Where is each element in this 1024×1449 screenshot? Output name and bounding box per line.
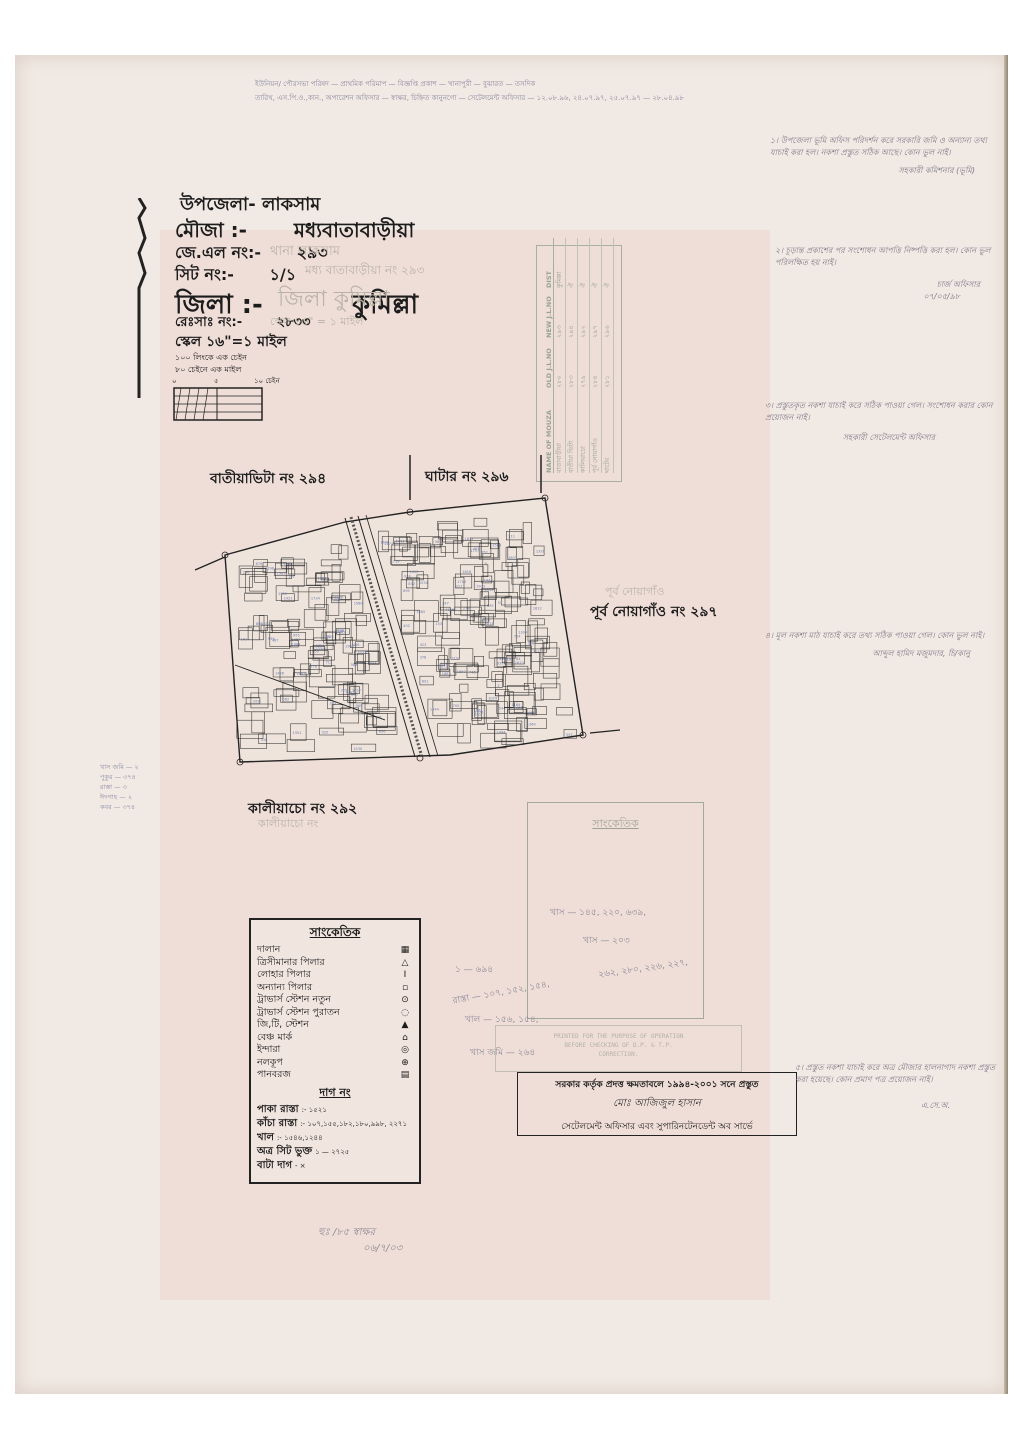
svg-text:1074: 1074 [488,697,498,701]
svg-text:1812: 1812 [261,622,270,626]
svg-text:1920: 1920 [335,630,344,634]
svg-text:352: 352 [481,550,488,554]
svg-text:665: 665 [529,711,536,715]
svg-text:1646: 1646 [380,541,389,545]
svg-text:689: 689 [516,706,523,710]
svg-text:1551: 1551 [293,731,302,735]
svg-text:1989: 1989 [277,571,286,575]
svg-text:696: 696 [379,730,386,734]
legend-label: নলকূপ [257,1057,283,1070]
svg-text:639: 639 [497,662,504,666]
dag-value: ১ — ২৭২৫ [315,1148,349,1156]
remark-sign: চার্জ অফিসার [775,279,1000,291]
dag-value: :- ১৫৪৬,১২৪৪ [277,1134,323,1142]
remark-text: ৩। প্রস্তুতকৃত নকশা যাচাই করে সঠিক পাওয়… [765,400,995,424]
svg-text:1288: 1288 [334,596,343,600]
remark-text: ৪। মূল নকশা মাঠ যাচাই করে তথ্য সঠিক পাওয… [765,630,995,642]
svg-text:895: 895 [403,589,410,593]
legend-box: সাংকেতিক দালান▦ত্রিসীমানার পিলার△লোহার প… [249,918,421,1184]
svg-text:591: 591 [566,733,573,737]
legend-item: নলকূপ⊕ [251,1057,419,1070]
stamp-line: PRINTED FOR THE PURPOSE OF OPERATION [496,1032,741,1041]
svg-text:58: 58 [435,540,439,544]
pencil-dag-note: ১ — ৬৯৪ [455,962,493,977]
svg-text:1298: 1298 [265,567,274,571]
remark-sign: আব্দুল হামিদ মজুমদার, চি/কানু [765,648,995,660]
legend-symbol-icon: ▲ [397,1019,413,1032]
faint-legend-title: সাংকেতিক [528,815,703,834]
svg-text:211: 211 [508,535,515,539]
bottom-signature-text: হুঃ /৮৫ স্বাক্ষর [318,1225,402,1241]
svg-text:209: 209 [253,699,260,703]
svg-text:402: 402 [403,624,410,628]
svg-text:832: 832 [408,582,415,586]
legend-item: অন্যান্য পিলার▫ [251,982,419,995]
remark-2: ২। চূড়ান্ত প্রকাশের পর সংশোধন আপত্তি নি… [775,245,1000,303]
pencil-note: খাস — ১৪৫, ২২০, ৬৩৯, [550,905,646,920]
legend-label: ত্রিসীমানার পিলার [257,957,325,970]
svg-text:467: 467 [473,547,480,551]
svg-text:719: 719 [393,559,400,563]
dag-rows: পাকা রাস্তা :- ১৫২১কাঁচা রাস্তা :- ১০৭,১… [251,1103,419,1173]
legend-label: ট্রাভার্স স্টেশন নতুন [257,994,331,1007]
svg-text:879: 879 [256,562,263,566]
legend-title: সাংকেতিক [251,924,419,944]
svg-text:1878: 1878 [485,622,494,626]
bottom-signature-date: ০৬/৭/০৩ [363,1241,402,1257]
svg-text:562: 562 [283,698,290,702]
remark-text: ১। উপজেলা ভূমি অফিস পরিদর্শন করে সরকারি … [770,135,995,159]
legend-label: বেঞ্চ মার্ক [257,1032,292,1045]
svg-text:1950: 1950 [278,592,287,596]
svg-text:714: 714 [514,635,521,639]
svg-text:940: 940 [474,713,481,717]
remark-sign: এ.সে.অ. [795,1100,1010,1112]
faint-legend-box: সাংকেতিক খাস — ১৪৫, ২২০, ৬৩৯, খাস — ২০৩ … [527,802,704,1019]
margin-note: ঈদগাহ — ২ [100,792,139,802]
stamp-line: BEFORE CHECKING OF D.P. & T.P. [496,1041,741,1050]
legend-symbol-icon: ▦ [397,944,413,957]
dag-row: কাঁচা রাস্তা :- ১০৭,১৫৫,১৮২,১৮০,৯৯৮, ২২৭… [251,1117,419,1131]
legend-symbol-icon: △ [397,957,413,970]
remark-5: ৫। প্রস্তুত নকশা যাচাই করে অত্র মৌজার হা… [795,1062,1010,1112]
dag-row: খাল :- ১৫৪৬,১২৪৪ [251,1131,419,1145]
svg-text:1485: 1485 [416,610,425,614]
svg-text:191: 191 [241,637,248,641]
legend-label: লোহার পিলার [257,969,311,982]
svg-text:1426: 1426 [275,671,284,675]
legend-label: ইন্দারা [257,1044,280,1057]
legend-item: দালান▦ [251,944,419,957]
legend-label: পানবরজ [257,1069,291,1082]
stamp-line: CORRECTION. [496,1050,741,1059]
svg-text:1237: 1237 [451,657,460,661]
legend-item: পানবরজ▤ [251,1069,419,1082]
svg-text:713: 713 [326,661,333,665]
legend-symbol-icon: ⊙ [397,994,413,1007]
bottom-signature: হুঃ /৮৫ স্বাক্ষর ০৬/৭/০৩ [318,1225,402,1257]
svg-text:1544: 1544 [430,708,440,712]
svg-text:1683: 1683 [442,672,451,676]
dag-row: পাকা রাস্তা :- ১৫২১ [251,1103,419,1117]
svg-text:1326: 1326 [536,550,545,554]
svg-text:1944: 1944 [484,578,494,582]
legend-symbol-icon: ◎ [397,1044,413,1057]
settlement-line1: সরকার কর্তৃক প্রদত্ত ক্ষমতাবলে ১৯৯৪-২০০১… [518,1077,796,1092]
faint-stamp: PRINTED FOR THE PURPOSE OF OPERATION BEF… [495,1025,742,1072]
remark-1: ১। উপজেলা ভূমি অফিস পরিদর্শন করে সরকারি … [770,135,995,177]
dag-label: কাঁচা রাস্তা [257,1118,297,1129]
svg-text:153: 153 [435,622,442,626]
svg-text:325: 325 [341,689,348,693]
legend-symbol-icon: ▤ [397,1069,413,1082]
svg-text:84: 84 [516,657,521,661]
dag-value: :- ১০৭,১৫৫,১৮২,১৮০,৯৯৮, ২২৭১ [300,1120,407,1128]
dag-value: :- ১৫২১ [302,1106,327,1114]
dag-row: অত্র সিট ভুক্ত ১ — ২৭২৫ [251,1145,419,1159]
svg-text:1034: 1034 [419,581,429,585]
svg-text:955: 955 [293,633,300,637]
dag-label: পাকা রাস্তা [257,1104,299,1115]
legend-label: ট্রাভার্স স্টেশন পুরাতন [257,1007,340,1020]
margin-note: খাস জমি — ২ [100,762,139,772]
legend-symbol-icon: I [397,969,413,982]
svg-text:705: 705 [453,704,460,708]
svg-text:423: 423 [420,643,427,647]
svg-text:1267: 1267 [318,577,327,581]
svg-text:1984: 1984 [292,643,302,647]
svg-text:1812: 1812 [533,607,542,611]
svg-text:1580: 1580 [354,601,363,605]
dag-title: দাগ নং [251,1084,419,1103]
svg-text:1411: 1411 [396,540,405,544]
svg-text:1410: 1410 [409,570,418,574]
left-margin-notes: খাস জমি — ২ পুকুর — ৩৭৪ রাস্তা — ৩ ঈদগাহ… [100,762,139,812]
svg-text:891: 891 [422,680,429,684]
margin-note: পুকুর — ৩৭৪ [100,772,139,782]
margin-note: কবর — ৩৭৪ [100,802,139,812]
remark-sign: সহকারী কমিশনার (ভূমি) [770,165,995,177]
svg-text:1710: 1710 [457,580,466,584]
svg-text:746: 746 [469,671,476,675]
svg-text:1661: 1661 [297,672,306,676]
legend-symbol-icon: ◌ [397,1007,413,1020]
svg-text:487: 487 [272,639,279,643]
svg-text:234: 234 [324,635,331,639]
svg-text:1816: 1816 [462,570,471,574]
legend-item: জি,টি, স্টেশন▲ [251,1019,419,1032]
svg-text:325: 325 [322,731,329,735]
legend-label: দালান [257,944,280,957]
settlement-officer-box: সরকার কর্তৃক প্রদত্ত ক্ষমতাবলে ১৯৯৪-২০০১… [517,1072,797,1136]
legend-label: জি,টি, স্টেশন [257,1019,309,1032]
legend-item: বেঞ্চ মার্ক⌂ [251,1032,419,1045]
svg-text:974: 974 [404,575,411,579]
svg-text:757: 757 [533,650,540,654]
cadastral-map: 1539748917031494117453587912701304209158… [210,490,600,780]
settlement-signature: মোঃ আজিজুল হাসান [518,1096,796,1113]
legend-items: দালান▦ত্রিসীমানার পিলার△লোহার পিলারIঅন্য… [251,944,419,1082]
legend-item: লোহার পিলারI [251,969,419,982]
pencil-note: ২৬২, ২৮০, ২২৬, ২২৭, [597,955,688,982]
svg-text:1530: 1530 [353,747,362,751]
remark-3: ৩। প্রস্তুতকৃত নকশা যাচাই করে সঠিক পাওয়… [765,400,995,444]
dag-label: বাটা দাগ [257,1160,292,1171]
dag-row: বাটা দাগ - × [251,1159,419,1173]
legend-item: ট্রাভার্স স্টেশন নতুন⊙ [251,994,419,1007]
svg-text:183: 183 [507,657,514,661]
svg-text:1671: 1671 [439,664,448,668]
svg-text:1259: 1259 [316,647,325,651]
svg-text:1421: 1421 [284,597,293,601]
svg-text:373: 373 [330,702,337,706]
remark-date: ০৭/০৫/৯৮ [775,291,1000,303]
dag-label: অত্র সিট ভুক্ত [257,1146,312,1157]
svg-text:1937: 1937 [352,689,361,693]
dag-label: খাল [257,1132,274,1143]
svg-text:318: 318 [261,738,268,742]
svg-text:51: 51 [498,601,502,605]
svg-text:1734: 1734 [311,597,321,601]
svg-text:446: 446 [353,643,360,647]
remark-4: ৪। মূল নকশা মাঠ যাচাই করে তথ্য সঠিক পাওয… [765,630,995,660]
legend-item: ইন্দারা◎ [251,1044,419,1057]
legend-item: ট্রাভার্স স্টেশন পুরাতন◌ [251,1007,419,1020]
pencil-note: খাস — ২০৩ [583,933,630,948]
svg-text:1116: 1116 [445,608,454,612]
svg-text:965: 965 [356,704,363,708]
legend-symbol-icon: ⊕ [397,1057,413,1070]
settlement-line2: সেটেলমেন্ট অফিসার এবং সুপারিনটেনডেন্ট অব… [518,1119,796,1134]
remark-text: ২। চূড়ান্ত প্রকাশের পর সংশোধন আপত্তি নি… [775,245,1000,269]
legend-label: অন্যান্য পিলার [257,982,312,995]
svg-text:5: 5 [485,562,487,566]
svg-text:1364: 1364 [527,723,537,727]
svg-text:778: 778 [310,665,317,669]
legend-symbol-icon: ⌂ [397,1032,413,1045]
remark-sign: সহকারী সেটেলমেন্ট অফিসার [765,432,995,444]
svg-text:1494: 1494 [497,730,507,734]
legend-symbol-icon: ▫ [397,982,413,995]
svg-text:378: 378 [420,656,427,660]
dag-value: - × [295,1162,306,1170]
remark-text: ৫। প্রস্তুত নকশা যাচাই করে অত্র মৌজার হা… [795,1062,1010,1086]
svg-text:1613: 1613 [515,661,524,665]
legend-item: ত্রিসীমানার পিলার△ [251,957,419,970]
margin-note: রাস্তা — ৩ [100,782,139,792]
